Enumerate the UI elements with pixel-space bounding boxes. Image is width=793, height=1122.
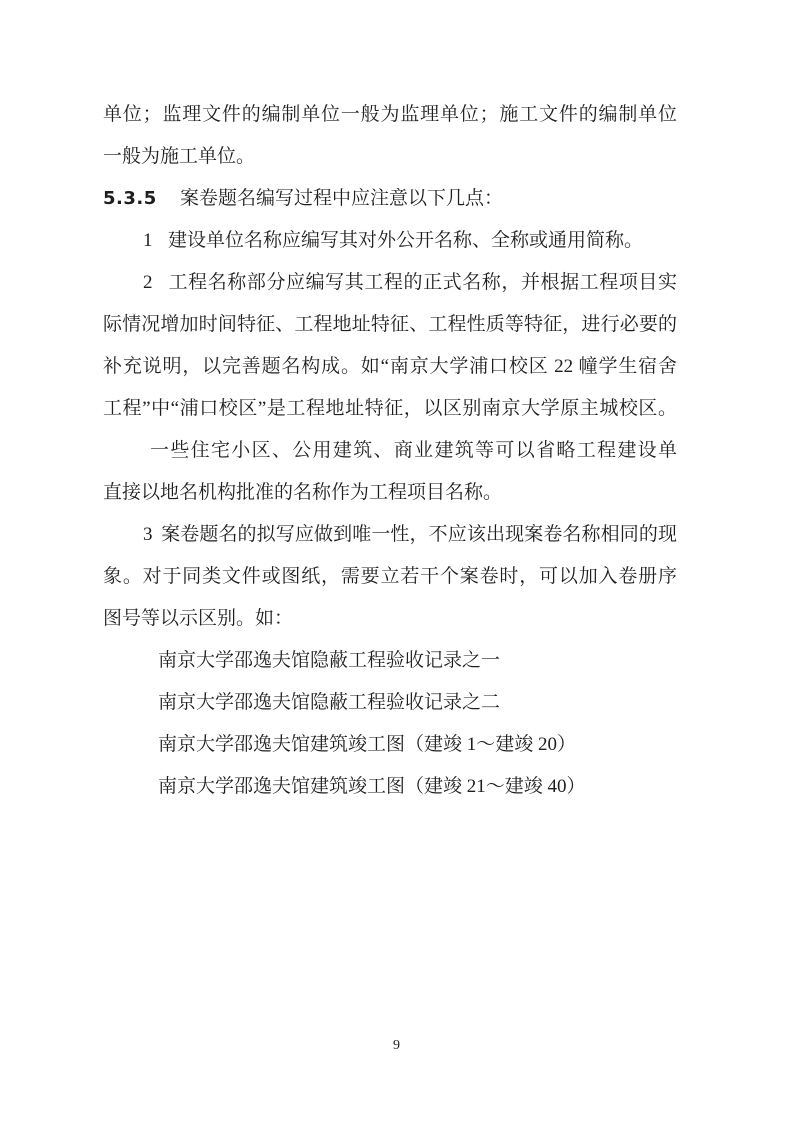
list-item: 1建设单位名称应编写其对外公开名称、全称或通用简称。 <box>103 220 677 262</box>
list-item-text: 工程名称部分应编写其工程的正式名称，并根据工程项目实 <box>168 272 677 293</box>
list-item-text: 案卷题名的拟写应做到唯一性，不应该出现案卷名称相同的现 <box>161 524 677 545</box>
paragraph-line: 图号等以示区别。如： <box>103 598 677 640</box>
paragraph-line: 一些住宅小区、公用建筑、商业建筑等可以省略工程建设单位， <box>103 430 677 472</box>
paragraph-line: 工程”中“浦口校区”是工程地址特征，以区别南京大学原主城校区。 <box>103 388 677 430</box>
document-page: { "page": { "background": "#ffffff", "te… <box>0 0 793 1122</box>
list-item-number: 2 <box>143 262 168 304</box>
list-item-text: 建设单位名称应编写其对外公开名称、全称或通用简称。 <box>168 230 643 251</box>
heading-number: 5.3.5 <box>103 178 180 220</box>
heading-text: 案卷题名编写过程中应注意以下几点： <box>180 188 503 209</box>
list-item-number: 1 <box>143 220 168 262</box>
text-body: 单位；监理文件的编制单位一般为监理单位；施工文件的编制单位 一般为施工单位。 5… <box>103 94 677 808</box>
page-number: 9 <box>0 1036 793 1056</box>
paragraph-line: 直接以地名机构批准的名称作为工程项目名称。 <box>103 472 677 514</box>
example-line: 南京大学邵逸夫馆隐蔽工程验收记录之一 <box>103 640 677 682</box>
paragraph-line: 单位；监理文件的编制单位一般为监理单位；施工文件的编制单位 <box>103 94 677 136</box>
paragraph-line: 补充说明，以完善题名构成。如“南京大学浦口校区 22 幢学生宿舍 <box>103 346 677 388</box>
list-item: 2工程名称部分应编写其工程的正式名称，并根据工程项目实 <box>103 262 677 304</box>
section-heading: 5.3.5案卷题名编写过程中应注意以下几点： <box>103 178 677 220</box>
paragraph-line: 际情况增加时间特征、工程地址特征、工程性质等特征，进行必要的 <box>103 304 677 346</box>
list-item-number: 3 <box>143 514 161 556</box>
example-line: 南京大学邵逸夫馆隐蔽工程验收记录之二 <box>103 682 677 724</box>
paragraph-line: 象。对于同类文件或图纸，需要立若干个案卷时，可以加入卷册序号、 <box>103 556 677 598</box>
example-line: 南京大学邵逸夫馆建筑竣工图（建竣 21～建竣 40） <box>103 766 677 808</box>
example-line: 南京大学邵逸夫馆建筑竣工图（建竣 1～建竣 20） <box>103 724 677 766</box>
list-item: 3案卷题名的拟写应做到唯一性，不应该出现案卷名称相同的现 <box>103 514 677 556</box>
paragraph-line: 一般为施工单位。 <box>103 136 677 178</box>
